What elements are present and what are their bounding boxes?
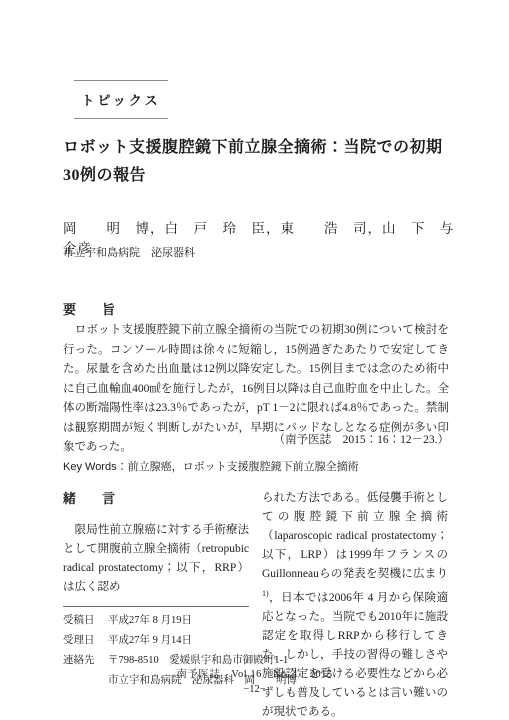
introduction-heading: 緒 言 (63, 488, 249, 507)
page-title: ロボット支援腹腔鏡下前立腺全摘術：当院での初期30例の報告 (63, 134, 455, 190)
footer-journal-line: 南予医誌 Vol.16 No. 1 2015 (0, 666, 509, 681)
abstract-citation: （南予医誌 2015：16：12－23.） (63, 431, 449, 447)
introduction-right-text-1: られた方法である。低侵襲手術としての腹腔鏡下前立腺全摘術（laparoscopi… (262, 492, 448, 580)
received-date-label: 受稿日 (63, 611, 99, 631)
introduction-right-text-2: ，日本では2006年 4 月から保険適応となった。当院でも2010年に施設認定を… (262, 592, 448, 718)
received-date-value: 平成27年 8 月19日 (108, 611, 192, 631)
journal-page: トピックス ロボット支援腹腔鏡下前立腺全摘術：当院での初期30例の報告 岡 明 … (0, 0, 509, 720)
accepted-date-value: 平成27年 9 月14日 (108, 631, 192, 651)
footer-page-number: −12− (0, 684, 509, 695)
abstract-heading: 要 旨 (63, 299, 115, 318)
keywords-line: Key Words：前立腺癌，ロボット支援腹腔鏡下前立腺全摘術 (63, 458, 455, 474)
reference-superscript: 1) (262, 589, 269, 598)
received-date-row: 受稿日 平成27年 8 月19日 (63, 611, 249, 631)
accepted-date-row: 受理日 平成27年 9 月14日 (63, 631, 249, 651)
accepted-date-label: 受理日 (63, 631, 99, 651)
introduction-left-paragraph: 限局性前立腺癌に対する手術療法として開腹前立腺全摘術（retropubic ra… (63, 521, 249, 597)
affiliation-line: 市立宇和島病院 泌尿器科 (63, 244, 455, 260)
correspondence-divider (63, 606, 249, 607)
topics-label: トピックス (74, 80, 168, 119)
